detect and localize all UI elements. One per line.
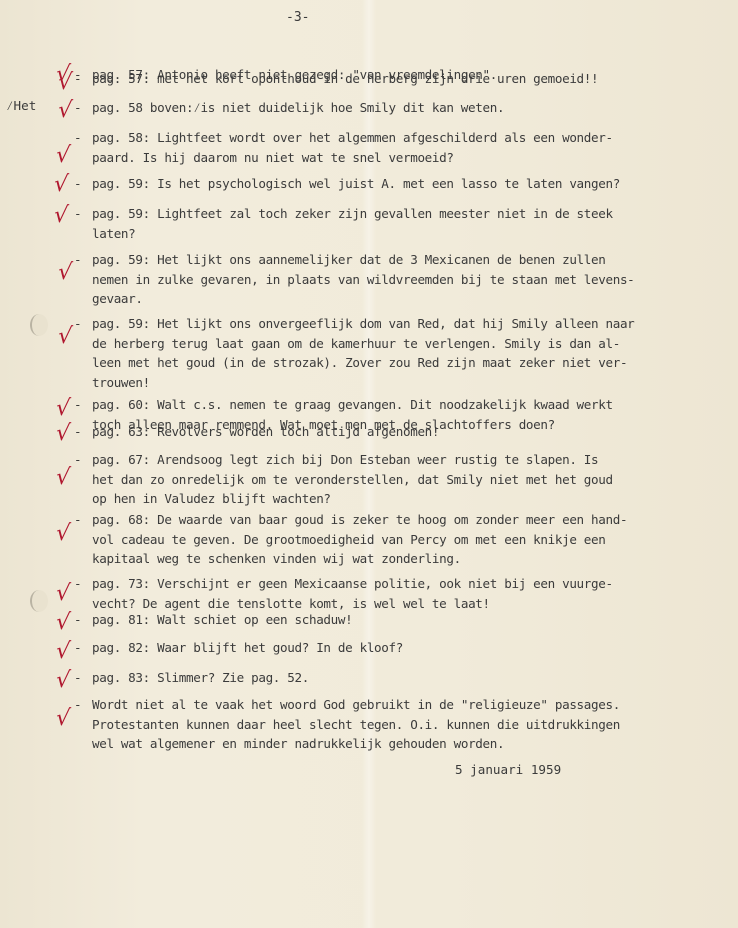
checkmark-icon: √ [55,423,71,445]
punch-hole [30,314,48,336]
checkmark-icon: √ [55,523,71,545]
punch-hole [30,590,48,612]
list-item: -pag. 63: Revolvers worden toch altijd a… [74,422,694,442]
entry-text: Wordt niet al te vaak het woord God gebr… [92,695,694,754]
list-item: -pag. 67: Arendsoog legt zich bij Don Es… [74,450,694,509]
entry-text: pag. 59: Het lijkt ons onvergeeflijk dom… [92,314,694,392]
entry-text: pag. 59: Lightfeet zal toch zeker zijn g… [92,204,694,243]
entry-text: pag. 58 boven:⁄is niet duidelijk hoe Smi… [92,98,694,118]
list-item: -pag. 81: Walt schiet op een schaduw! [74,610,694,630]
page-number: -3- [286,10,309,25]
entry-text: pag. 59: Het lijkt ons aannemelijker dat… [92,250,694,309]
entry-text: pag. 82: Waar blijft het goud? In de klo… [92,638,694,658]
entry-text: pag. 57: met het kort oponthoud in de he… [92,69,694,89]
list-item: -pag. 58 boven:⁄is niet duidelijk hoe Sm… [74,98,694,118]
checkmark-icon: √ [53,174,69,196]
entry-text: pag. 73: Verschijnt er geen Mexicaanse p… [92,574,694,613]
list-item: -pag. 73: Verschijnt er geen Mexicaanse … [74,574,694,613]
list-item: -pag. 59: Lightfeet zal toch zeker zijn … [74,204,694,243]
entry-text: pag. 83: Slimmer? Zie pag. 52. [92,668,694,688]
list-item: -pag. 58: Lightfeet wordt over het algem… [74,128,694,167]
list-item: -Wordt niet al te vaak het woord God geb… [74,695,694,754]
list-item: -pag. 59: Het lijkt ons onvergeeflijk do… [74,314,694,392]
list-item: -pag. 82: Waar blijft het goud? In de kl… [74,638,694,658]
checkmark-icon: √ [55,641,71,663]
entry-text: pag. 59: Is het psychologisch wel juist … [92,174,694,194]
checkmark-icon: √ [55,708,71,730]
checkmark-icon: √ [55,670,71,692]
checkmark-icon: √ [57,100,73,122]
checkmark-icon: √ [55,612,71,634]
checkmark-icon: √ [57,262,73,284]
checkmark-icon: √ [53,205,69,227]
list-item: -pag. 57: met het kort oponthoud in de h… [74,69,694,89]
margin-note: ⁄Het [6,98,36,114]
checkmark-icon: √ [57,326,73,348]
checkmark-icon: √ [55,398,71,420]
document-date: 5 januari 1959 [455,762,561,777]
entry-text: pag. 68: De waarde van baar goud is zeke… [92,510,694,569]
checkmark-icon: √ [55,145,71,167]
list-item: -pag. 68: De waarde van baar goud is zek… [74,510,694,569]
entry-text: pag. 63: Revolvers worden toch altijd af… [92,422,694,442]
list-item: -pag. 59: Is het psychologisch wel juist… [74,174,694,194]
checkmark-icon: √ [57,72,73,94]
entry-text: pag. 81: Walt schiet op een schaduw! [92,610,694,630]
checkmark-icon: √ [55,583,71,605]
list-item: -pag. 59: Het lijkt ons aannemelijker da… [74,250,694,309]
entry-text: pag. 58: Lightfeet wordt over het algemm… [92,128,694,167]
entry-text: pag. 67: Arendsoog legt zich bij Don Est… [92,450,694,509]
list-item: -pag. 83: Slimmer? Zie pag. 52. [74,668,694,688]
checkmark-icon: √ [55,467,71,489]
